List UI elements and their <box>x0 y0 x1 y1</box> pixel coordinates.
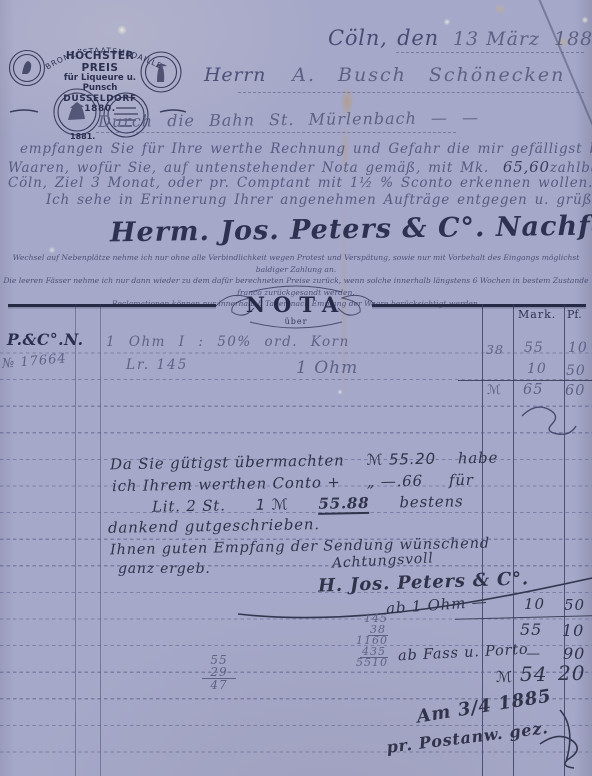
note-line3-amount: 55.88 <box>318 494 369 515</box>
entry-row4-pf: 60 <box>565 383 585 399</box>
conditions-line1: Wechsel auf Nebenplätze nehme ich nur oh… <box>3 252 589 275</box>
dateline-printed: Cöln, den <box>328 26 439 50</box>
recipient-underline <box>238 92 584 93</box>
body-line3: Cöln, Ziel 3 Monat, oder pr. Comptant mi… <box>8 175 592 191</box>
calc-total-mark: 54 <box>520 662 547 686</box>
note-line1-amount: ℳ 55.20 <box>366 450 436 469</box>
dateline-handwritten-year: 1885. <box>554 28 592 50</box>
body-line2: Waaren, wofür Sie, auf untenstehender No… <box>8 158 586 176</box>
entry-row2-desc: Lr. 145 <box>126 357 188 373</box>
recipient-printed: Herrn <box>204 64 266 86</box>
body-line4: Ich sehe in Erinnerung Ihrer angenehmen … <box>46 192 592 208</box>
recipient-line: Herrn A. Busch Schönecken <box>204 64 565 86</box>
body-line1: empfangen Sie für Ihre werthe Rechnung u… <box>20 141 592 157</box>
entry-row3-desc: 1 Ohm <box>296 358 358 378</box>
note-line3-post: bestens <box>399 492 463 513</box>
nota-title: NOTA <box>218 286 374 317</box>
entry-row4-mark: 65 <box>523 382 543 398</box>
column-header-pf: Pf. <box>567 308 582 321</box>
entry-row1-pf: 10 <box>568 340 588 356</box>
entry-row3-pf: 50 <box>566 363 586 379</box>
medal-year-below: 1881. <box>70 132 95 141</box>
column-header-mark: Mark. <box>518 308 556 321</box>
amount-handwritten: 65,60 <box>503 158 550 176</box>
calc-sub-mark: 55 <box>520 620 542 639</box>
calc-total-pf: 20 <box>558 661 585 685</box>
medal-text-block: HÖCHSTER PREIS für Liqueure u. Punsch DÜ… <box>52 50 148 115</box>
entry-row3-mark: 10 <box>527 361 547 377</box>
note-line2-amount: „ —.66 <box>367 472 424 491</box>
entry-row1-desc: 1 Ohm I : 50% ord. Korn <box>106 334 350 350</box>
side-stack: 55 29 47 <box>202 654 236 691</box>
nota-banner: NOTA über <box>218 286 374 326</box>
calc-ab-ohm-mark: 10 <box>524 595 545 613</box>
table-top-rule-right <box>372 304 586 307</box>
nota-subtitle: über <box>218 317 374 326</box>
recipient-handwritten: A. Busch Schönecken <box>292 64 565 86</box>
calc-sub-pf: 10 <box>562 621 584 640</box>
paid-flourish <box>530 700 590 770</box>
ref-label: P.&C°.N. <box>7 330 84 349</box>
side-47: 47 <box>202 679 236 691</box>
shipping-underline <box>96 132 456 133</box>
note-line2-post: für <box>449 471 474 489</box>
flourish-mark <box>518 398 580 440</box>
calc-ab-ohm-pf: 50 <box>564 596 585 614</box>
entry-row1-mark: 55 <box>524 340 544 356</box>
dateline: Cöln, den 13 März 1885. <box>328 26 592 50</box>
note-line1-post: habe <box>458 449 499 468</box>
date-underline <box>396 52 584 53</box>
entry-row1-qty: 38 <box>486 342 504 357</box>
note-line6-left: ganz ergeb. <box>118 561 211 577</box>
company-name: Herm. Jos. Peters & C°. Nachfolger. <box>110 211 592 249</box>
medal-title: HÖCHSTER PREIS <box>52 50 148 74</box>
body-line2-post: zahlbar <box>550 160 592 176</box>
note-line3-pre: 1 ℳ <box>256 495 289 516</box>
calc-porto-dash: — <box>526 646 541 662</box>
entry-row4-symbol: ℳ <box>487 383 502 398</box>
mult-5510: 5510 <box>342 658 388 669</box>
note-line4: dankend gutgeschrieben. <box>108 515 320 537</box>
table-top-rule-left <box>8 304 216 307</box>
body-line2-pre: Waaren, wofür Sie, auf untenstehender No… <box>8 160 489 176</box>
shipping-line: Durch die Bahn St. Mürlenbach — — <box>98 108 479 131</box>
calc-total-symbol: ℳ <box>496 668 513 686</box>
calc-mult-stack: 145 38 1160 435 5510 <box>342 614 388 669</box>
invoice-document: BRONZ. STAATSMEDAILLE HÖCHSTER PREIS für… <box>0 0 592 776</box>
note-line3-text: Lit. 2 St. <box>152 496 226 517</box>
dateline-handwritten-day: 13 März <box>453 28 540 50</box>
medal-subtitle: für Liqueure u. Punsch <box>52 74 148 94</box>
